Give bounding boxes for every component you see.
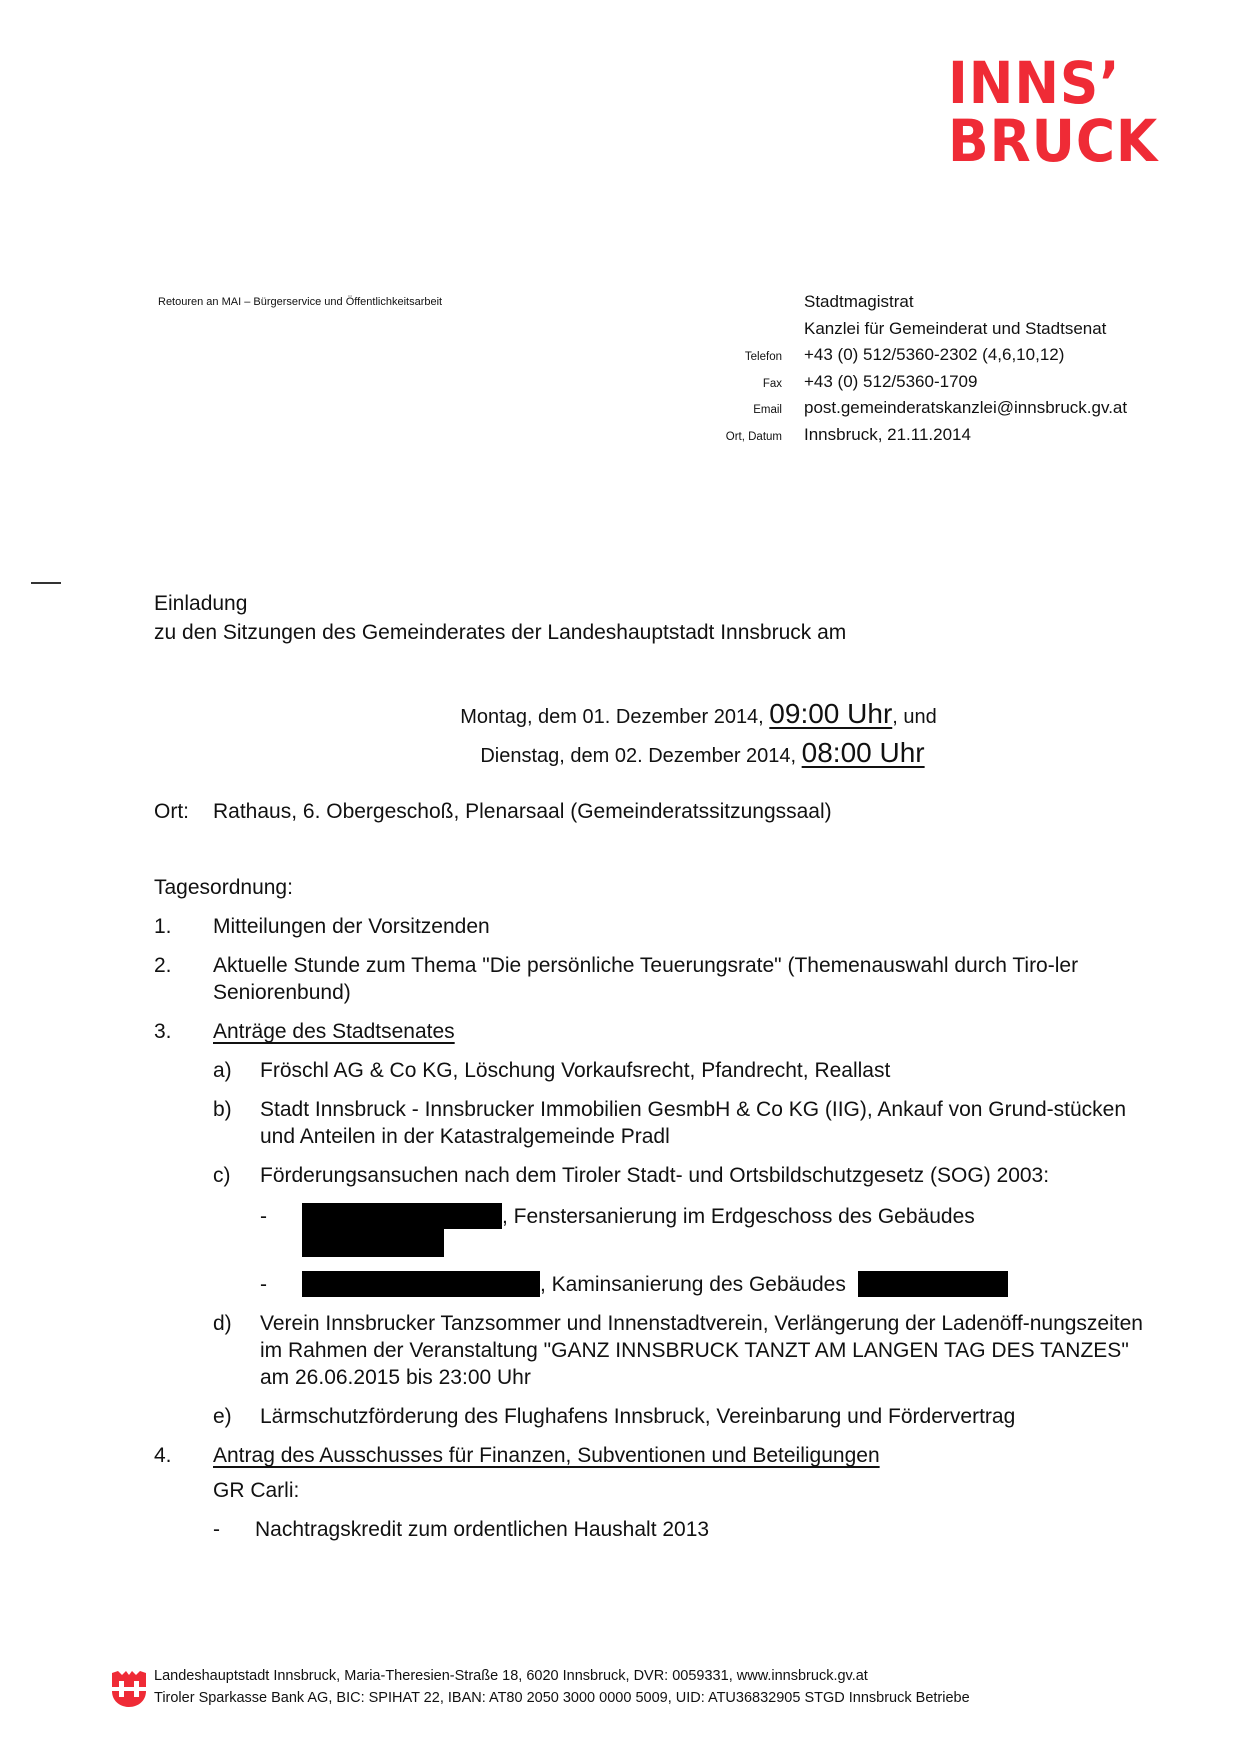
agenda-list: 1. Mitteilungen der Vorsitzenden 2. Aktu… [154, 913, 1144, 1555]
fax-value: +43 (0) 512/5360-1709 [804, 372, 977, 392]
venue: Ort: Rathaus, 6. Obergeschoß, Plenarsaal… [154, 800, 189, 824]
place-date-label: Ort, Datum [700, 431, 804, 443]
agenda-item-heading: Antrag des Ausschusses für Finanzen, Sub… [213, 1444, 880, 1467]
agenda-item: 2. Aktuelle Stunde zum Thema "Die persön… [154, 952, 1144, 1006]
agenda-bullet: - Nachtragskredit zum ordentlichen Haush… [213, 1516, 1144, 1543]
meeting-time-2: 08:00 Uhr [802, 737, 925, 768]
meeting-dates: Montag, dem 01. Dezember 2014, 09:00 Uhr… [0, 696, 1241, 774]
invitation-title: Einladung zu den Sitzungen des Gemeinder… [154, 589, 846, 647]
title-heading: Einladung [154, 589, 846, 618]
agenda-subitem: c) Förderungsansuchen nach dem Tiroler S… [213, 1162, 1144, 1298]
logo-line-1: INNS’ [948, 54, 1178, 112]
title-subheading: zu den Sitzungen des Gemeinderates der L… [154, 618, 846, 647]
city-crest-icon [112, 1669, 146, 1709]
redaction-box [858, 1271, 1008, 1297]
redaction-box [302, 1229, 444, 1257]
agenda-item: 3. Anträge des Stadtsenates a) Fröschl A… [154, 1018, 1144, 1430]
agenda-item: 4. Antrag des Ausschusses für Finanzen, … [154, 1442, 1144, 1543]
sender-block: Stadtmagistrat Kanzlei für Gemeinderat u… [700, 292, 1220, 451]
footer-bank: Tiroler Sparkasse Bank AG, BIC: SPIHAT 2… [154, 1687, 970, 1709]
agenda-subitem: a) Fröschl AG & Co KG, Löschung Vorkaufs… [213, 1057, 1144, 1084]
sender-department: Kanzlei für Gemeinderat und Stadtsenat [804, 319, 1106, 339]
footer-address: Landeshauptstadt Innsbruck, Maria-Theres… [154, 1665, 868, 1687]
agenda-subitem: e) Lärmschutzförderung des Flughafens In… [213, 1403, 1144, 1430]
fold-mark [31, 582, 61, 584]
phone-value: +43 (0) 512/5360-2302 (4,6,10,12) [804, 345, 1064, 365]
email-label: Email [700, 404, 804, 416]
sender-org: Stadtmagistrat [804, 292, 914, 312]
place-date-value: Innsbruck, 21.11.2014 [804, 425, 971, 445]
meeting-date-1: Montag, dem 01. Dezember 2014, 09:00 Uhr… [0, 696, 1241, 735]
email-value[interactable]: post.gemeinderatskanzlei@innsbruck.gv.at [804, 398, 1127, 418]
agenda-speaker: GR Carli: [213, 1477, 1144, 1504]
agenda-item: 1. Mitteilungen der Vorsitzenden [154, 913, 1144, 940]
agenda-bullet: - , Fenstersanierung im Erdgeschoss des … [260, 1203, 1144, 1257]
meeting-time-1: 09:00 Uhr [769, 698, 892, 729]
agenda-subitem: d) Verein Innsbrucker Tanzsommer und Inn… [213, 1310, 1144, 1391]
redaction-box [302, 1271, 540, 1297]
return-address: Retouren an MAI – Bürgerservice und Öffe… [158, 296, 442, 308]
logo-line-2: BRUCK [948, 112, 1178, 170]
agenda-bullet: - , Kaminsanierung des Gebäudes [260, 1271, 1144, 1298]
redaction-box [302, 1203, 502, 1229]
venue-value: Rathaus, 6. Obergeschoß, Plenarsaal (Gem… [213, 800, 832, 824]
fax-label: Fax [700, 378, 804, 390]
agenda-heading: Tagesordnung: [154, 876, 293, 900]
innsbruck-logo: INNS’ BRUCK [948, 54, 1178, 170]
meeting-date-2: Dienstag, dem 02. Dezember 2014, 08:00 U… [0, 735, 1241, 774]
phone-label: Telefon [700, 351, 804, 363]
agenda-item-heading: Anträge des Stadtsenates [213, 1020, 455, 1043]
agenda-subitem: b) Stadt Innsbruck - Innsbrucker Immobil… [213, 1096, 1144, 1150]
venue-label: Ort: [154, 800, 189, 823]
